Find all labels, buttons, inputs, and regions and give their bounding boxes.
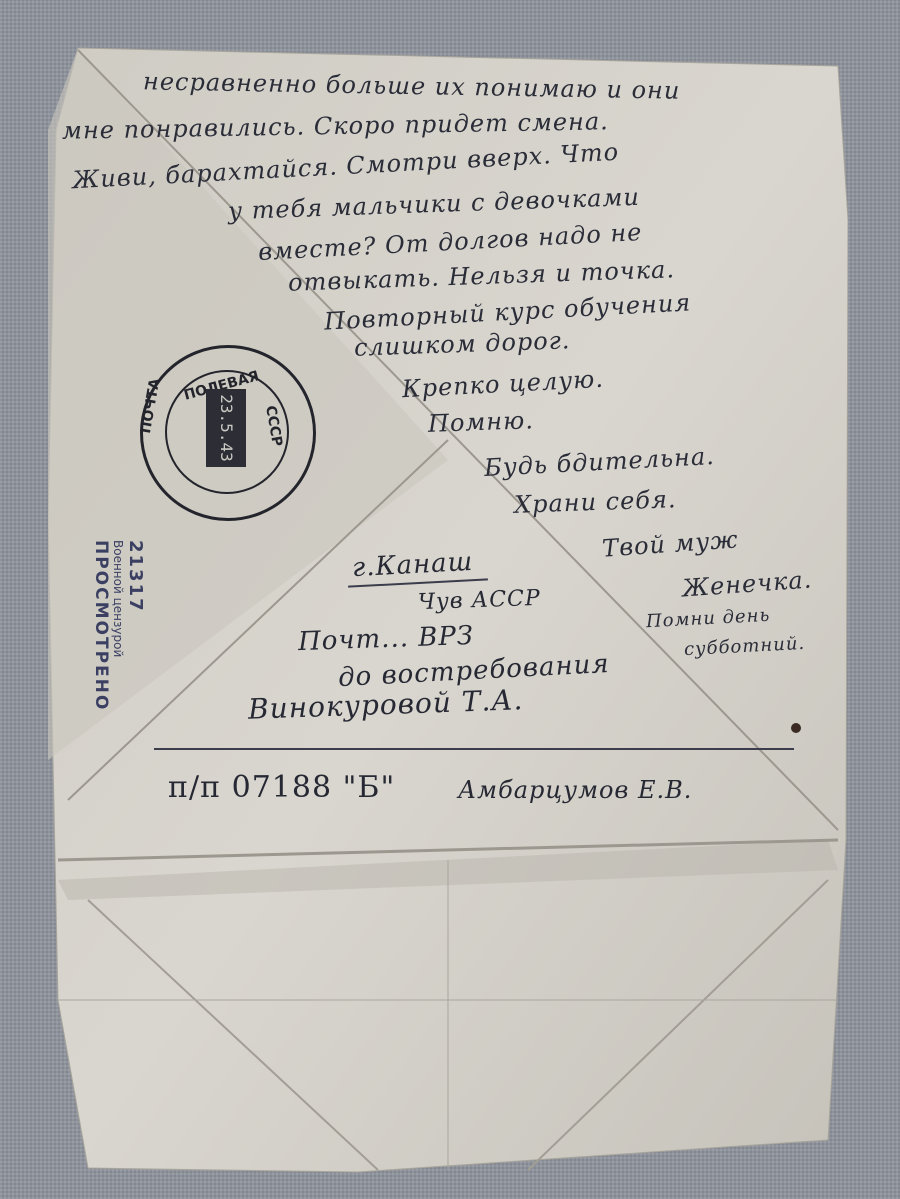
- sender-name: Амбарцумов Е.В.: [458, 776, 692, 804]
- letter-line: Помню.: [428, 406, 535, 438]
- postmark: ПОЛЕВАЯ СССР ПОЧТА 23.5.43: [140, 345, 316, 521]
- censor-line1: ПРОСМОТРЕНО: [91, 540, 111, 711]
- letter-line: Храни себя.: [514, 485, 677, 519]
- censor-stamp: 21317 Военной цензурой ПРОСМОТРЕНО: [91, 540, 146, 711]
- address-republic: Чув АССР: [418, 586, 542, 615]
- address-divider: [154, 748, 794, 750]
- sender-field-post: п/п 07188 "Б": [168, 770, 395, 805]
- folded-letter: несравненно больше их понимаю и они мне …: [48, 40, 848, 1180]
- address-city: г.Канаш: [351, 547, 474, 583]
- censor-number: 21317: [125, 540, 146, 711]
- censor-line2: Военной цензурой: [111, 540, 125, 711]
- postmark-date: 23.5.43: [206, 389, 246, 467]
- address-post-office: Почт... ВРЗ: [298, 621, 475, 657]
